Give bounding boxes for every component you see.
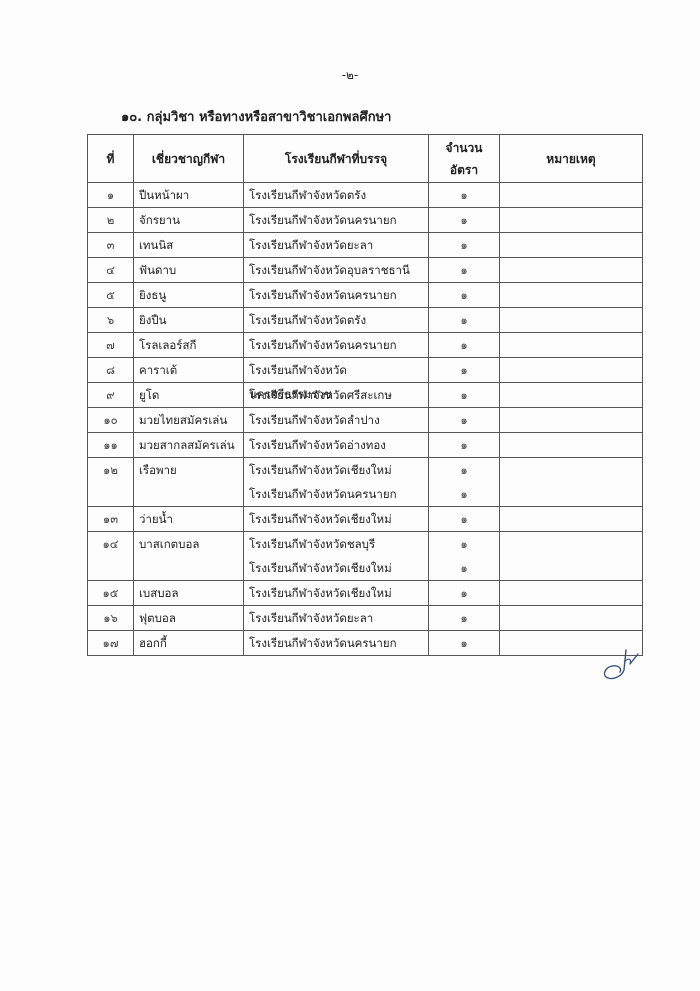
table-row: ๒จักรยานโรงเรียนกีฬาจังหวัดนครนายก๑	[88, 208, 643, 233]
cell-quantity: ๑	[429, 581, 500, 606]
cell-no: ๖	[88, 308, 134, 333]
cell-no: ๑๖	[88, 606, 134, 631]
cell-remarks	[500, 283, 643, 308]
cell-no: ๑๔	[88, 532, 134, 581]
quantity-value: ๑	[434, 532, 494, 556]
cell-school: โรงเรียนกีฬาจังหวัดเชียงใหม่	[244, 507, 429, 532]
cell-quantity: ๑	[429, 333, 500, 358]
cell-expertise: ว่ายน้ำ	[134, 507, 244, 532]
table-row: ๑๒เรือพายโรงเรียนกีฬาจังหวัดเชียงใหม่โรง…	[88, 458, 643, 507]
cell-no: ๓	[88, 233, 134, 258]
cell-expertise: ยูโด	[134, 383, 244, 408]
school-name: โรงเรียนกีฬาจังหวัดยะลา	[249, 233, 423, 257]
quantity-value: ๑	[434, 258, 494, 282]
header-quantity: จำนวน อัตรา	[429, 135, 500, 183]
cell-no: ๑	[88, 183, 134, 208]
school-name: โรงเรียนกีฬาจังหวัดยะลา	[249, 606, 423, 630]
table-row: ๑๕เบสบอลโรงเรียนกีฬาจังหวัดเชียงใหม่๑	[88, 581, 643, 606]
cell-school: โรงเรียนกีฬาจังหวัดชลบุรีโรงเรียนกีฬาจัง…	[244, 532, 429, 581]
cell-school: โรงเรียนกีฬาจังหวัดตรัง	[244, 183, 429, 208]
quantity-value: ๑	[434, 581, 494, 605]
school-name: โรงเรียนกีฬาจังหวัดนครนายก	[249, 482, 423, 506]
cell-school: โรงเรียนกีฬาจังหวัดนครนายก	[244, 283, 429, 308]
cell-remarks	[500, 358, 643, 383]
cell-no: ๑๕	[88, 581, 134, 606]
cell-expertise: เบสบอล	[134, 581, 244, 606]
school-name: โรงเรียนกีฬาจังหวัดศรีสะเกษ	[249, 383, 423, 407]
cell-quantity: ๑	[429, 208, 500, 233]
cell-quantity: ๑	[429, 283, 500, 308]
table-row: ๘คาราเต้โรงเรียนกีฬาจังหวัดนครศรีธรรมราช…	[88, 358, 643, 383]
cell-remarks	[500, 532, 643, 581]
table-row: ๑๐มวยไทยสมัครเล่นโรงเรียนกีฬาจังหวัดลำปา…	[88, 408, 643, 433]
cell-expertise: ฟันดาบ	[134, 258, 244, 283]
cell-remarks	[500, 606, 643, 631]
cell-no: ๑๒	[88, 458, 134, 507]
cell-school: โรงเรียนกีฬาจังหวัดศรีสะเกษ	[244, 383, 429, 408]
cell-no: ๘	[88, 358, 134, 383]
cell-no: ๔	[88, 258, 134, 283]
table-row: ๑๖ฟุตบอลโรงเรียนกีฬาจังหวัดยะลา๑	[88, 606, 643, 631]
table-row: ๑ปีนหน้าผาโรงเรียนกีฬาจังหวัดตรัง๑	[88, 183, 643, 208]
header-remarks: หมายเหตุ	[500, 135, 643, 183]
cell-no: ๑๓	[88, 507, 134, 532]
cell-school: โรงเรียนกีฬาจังหวัดตรัง	[244, 308, 429, 333]
quantity-value: ๑	[434, 433, 494, 457]
cell-quantity: ๑	[429, 383, 500, 408]
cell-school: โรงเรียนกีฬาจังหวัดเชียงใหม่	[244, 581, 429, 606]
school-name: โรงเรียนกีฬาจังหวัดนครนายก	[249, 631, 423, 655]
quantity-value: ๑	[434, 631, 494, 655]
cell-no: ๑๑	[88, 433, 134, 458]
quantity-value: ๑	[434, 183, 494, 207]
cell-school: โรงเรียนกีฬาจังหวัดอ่างทอง	[244, 433, 429, 458]
cell-school: โรงเรียนกีฬาจังหวัดเชียงใหม่โรงเรียนกีฬา…	[244, 458, 429, 507]
quantity-value: ๑	[434, 482, 494, 506]
cell-no: ๗	[88, 333, 134, 358]
cell-expertise: จักรยาน	[134, 208, 244, 233]
school-name: โรงเรียนกีฬาจังหวัดชลบุรี	[249, 532, 423, 556]
cell-expertise: ฟุตบอล	[134, 606, 244, 631]
cell-quantity: ๑	[429, 258, 500, 283]
table-row: ๗โรลเลอร์สกีโรงเรียนกีฬาจังหวัดนครนายก๑	[88, 333, 643, 358]
cell-quantity: ๑	[429, 433, 500, 458]
cell-expertise: โรลเลอร์สกี	[134, 333, 244, 358]
cell-expertise: ยิงธนู	[134, 283, 244, 308]
quantity-value: ๑	[434, 408, 494, 432]
quantity-value: ๑	[434, 358, 494, 382]
cell-quantity: ๑	[429, 233, 500, 258]
cell-school: โรงเรียนกีฬาจังหวัดนครศรีธรรมราช	[244, 358, 429, 383]
school-name: โรงเรียนกีฬาจังหวัดอ่างทอง	[249, 433, 423, 457]
table-row: ๖ยิงปืนโรงเรียนกีฬาจังหวัดตรัง๑	[88, 308, 643, 333]
header-expertise: เชี่ยวชาญกีฬา	[134, 135, 244, 183]
cell-school: โรงเรียนกีฬาจังหวัดยะลา	[244, 233, 429, 258]
cell-school: โรงเรียนกีฬาจังหวัดลำปาง	[244, 408, 429, 433]
school-name: โรงเรียนกีฬาจังหวัดนครนายก	[249, 283, 423, 307]
cell-expertise: มวยไทยสมัครเล่น	[134, 408, 244, 433]
signature-icon	[600, 640, 650, 690]
quantity-value: ๑	[434, 233, 494, 257]
cell-remarks	[500, 333, 643, 358]
quantity-value: ๑	[434, 383, 494, 407]
cell-quantity: ๑๑	[429, 532, 500, 581]
cell-quantity: ๑	[429, 308, 500, 333]
quantity-value: ๑	[434, 333, 494, 357]
table-body: ๑ปีนหน้าผาโรงเรียนกีฬาจังหวัดตรัง๑๒จักรย…	[88, 183, 643, 656]
school-name: โรงเรียนกีฬาจังหวัดลำปาง	[249, 408, 423, 432]
cell-expertise: เทนนิส	[134, 233, 244, 258]
cell-school: โรงเรียนกีฬาจังหวัดนครนายก	[244, 333, 429, 358]
school-name: โรงเรียนกีฬาจังหวัดเชียงใหม่	[249, 507, 423, 531]
table-row: ๙ยูโดโรงเรียนกีฬาจังหวัดศรีสะเกษ๑	[88, 383, 643, 408]
cell-remarks	[500, 458, 643, 507]
table-row: ๑๗ฮอกกี้โรงเรียนกีฬาจังหวัดนครนายก๑	[88, 631, 643, 656]
cell-expertise: มวยสากลสมัครเล่น	[134, 433, 244, 458]
cell-no: ๕	[88, 283, 134, 308]
quantity-value: ๑	[434, 556, 494, 580]
table-row: ๔ฟันดาบโรงเรียนกีฬาจังหวัดอุบลราชธานี๑	[88, 258, 643, 283]
quantity-value: ๑	[434, 507, 494, 531]
header-school: โรงเรียนกีฬาที่บรรจุ	[244, 135, 429, 183]
school-name: โรงเรียนกีฬาจังหวัดอุบลราชธานี	[249, 258, 423, 282]
cell-remarks	[500, 183, 643, 208]
cell-expertise: ปีนหน้าผา	[134, 183, 244, 208]
school-name: โรงเรียนกีฬาจังหวัดตรัง	[249, 308, 423, 332]
school-name: โรงเรียนกีฬาจังหวัดเชียงใหม่	[249, 581, 423, 605]
cell-no: ๑๐	[88, 408, 134, 433]
positions-table: ที่ เชี่ยวชาญกีฬา โรงเรียนกีฬาที่บรรจุ จ…	[87, 134, 643, 656]
cell-school: โรงเรียนกีฬาจังหวัดนครนายก	[244, 631, 429, 656]
cell-remarks	[500, 433, 643, 458]
cell-quantity: ๑	[429, 408, 500, 433]
quantity-value: ๑	[434, 606, 494, 630]
cell-expertise: ยิงปืน	[134, 308, 244, 333]
cell-quantity: ๑	[429, 631, 500, 656]
cell-school: โรงเรียนกีฬาจังหวัดยะลา	[244, 606, 429, 631]
table-header-row: ที่ เชี่ยวชาญกีฬา โรงเรียนกีฬาที่บรรจุ จ…	[88, 135, 643, 183]
school-name: โรงเรียนกีฬาจังหวัดนครนายก	[249, 333, 423, 357]
section-title: ๑๐. กลุ่มวิชา หรือทางหรือสาขาวิชาเอกพลศึ…	[121, 106, 391, 127]
cell-quantity: ๑	[429, 507, 500, 532]
table-row: ๑๑มวยสากลสมัครเล่นโรงเรียนกีฬาจังหวัดอ่า…	[88, 433, 643, 458]
school-name: โรงเรียนกีฬาจังหวัดเชียงใหม่	[249, 556, 423, 580]
cell-quantity: ๑	[429, 183, 500, 208]
school-name: โรงเรียนกีฬาจังหวัดนครนายก	[249, 208, 423, 232]
cell-remarks	[500, 383, 643, 408]
table-row: ๑๔บาสเกตบอลโรงเรียนกีฬาจังหวัดชลบุรีโรงเ…	[88, 532, 643, 581]
cell-no: ๙	[88, 383, 134, 408]
cell-remarks	[500, 581, 643, 606]
cell-school: โรงเรียนกีฬาจังหวัดนครนายก	[244, 208, 429, 233]
quantity-value: ๑	[434, 208, 494, 232]
school-name: โรงเรียนกีฬาจังหวัดเชียงใหม่	[249, 458, 423, 482]
header-quantity-text: จำนวน อัตรา	[446, 141, 483, 177]
cell-quantity: ๑๑	[429, 458, 500, 507]
cell-remarks	[500, 507, 643, 532]
cell-expertise: เรือพาย	[134, 458, 244, 507]
quantity-value: ๑	[434, 308, 494, 332]
cell-school: โรงเรียนกีฬาจังหวัดอุบลราชธานี	[244, 258, 429, 283]
cell-remarks	[500, 308, 643, 333]
cell-remarks	[500, 408, 643, 433]
header-no: ที่	[88, 135, 134, 183]
school-name: โรงเรียนกีฬาจังหวัดตรัง	[249, 183, 423, 207]
cell-no: ๑๗	[88, 631, 134, 656]
table-row: ๕ยิงธนูโรงเรียนกีฬาจังหวัดนครนายก๑	[88, 283, 643, 308]
cell-quantity: ๑	[429, 358, 500, 383]
cell-no: ๒	[88, 208, 134, 233]
cell-expertise: ฮอกกี้	[134, 631, 244, 656]
cell-remarks	[500, 258, 643, 283]
quantity-value: ๑	[434, 283, 494, 307]
cell-remarks	[500, 233, 643, 258]
cell-expertise: บาสเกตบอล	[134, 532, 244, 581]
page-number: -๒-	[0, 66, 700, 85]
cell-expertise: คาราเต้	[134, 358, 244, 383]
table-row: ๓เทนนิสโรงเรียนกีฬาจังหวัดยะลา๑	[88, 233, 643, 258]
cell-remarks	[500, 208, 643, 233]
quantity-value: ๑	[434, 458, 494, 482]
cell-quantity: ๑	[429, 606, 500, 631]
school-name: โรงเรียนกีฬาจังหวัดนครศรีธรรมราช	[249, 358, 423, 382]
table-row: ๑๓ว่ายน้ำโรงเรียนกีฬาจังหวัดเชียงใหม่๑	[88, 507, 643, 532]
